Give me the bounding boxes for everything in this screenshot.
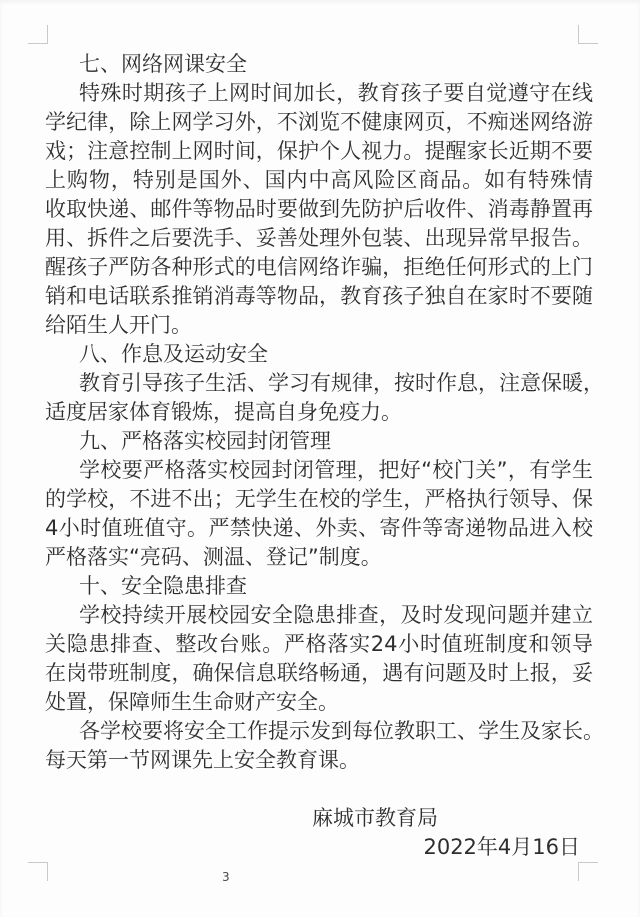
margin-corner-mark-top-right [578, 25, 598, 44]
page-number: 3 [222, 869, 230, 885]
text-line: 每天第一节网课先上安全教育课。 [45, 746, 593, 775]
text-line: 的学校，不进不出；无学生在校的学生，严格执行领导、保安2 [45, 485, 593, 514]
text-line: 特殊时期孩子上网时间加长，教育孩子要自觉遵守在线教 [45, 79, 593, 108]
text-line: 戏；注意控制上网时间，保护个人视力。提醒家长近期不要网 [45, 137, 593, 166]
text-line: 给陌生人开门。 [45, 311, 593, 340]
text-line: 收取快递、邮件等物品时要做到先防护后收件、消毒静置再使 [45, 195, 593, 224]
text-line: 在岗带班制度，确保信息联络畅通，遇有问题及时上报，妥善 [45, 659, 593, 688]
text-line: 各学校要将安全工作提示发到每位教职工、学生及家长。 [45, 717, 593, 746]
text-line: 上购物，特别是国外、国内中高风险区商品。如有特殊情况， [45, 166, 593, 195]
margin-corner-mark-bottom-right [578, 862, 598, 881]
document-page: 七、网络网课安全特殊时期孩子上网时间加长，教育孩子要自觉遵守在线教学纪律，除上网… [0, 0, 640, 917]
text-line: 4小时值班值守。严禁快递、外卖、寄件等寄递物品进入校园， [45, 514, 593, 543]
signature: 麻城市教育局 [45, 804, 593, 833]
section-heading: 九、严格落实校园封闭管理 [45, 427, 593, 456]
section-heading: 七、网络网课安全 [45, 50, 593, 79]
margin-corner-mark-top-left [28, 25, 48, 44]
text-line: 教育引导孩子生活、学习有规律，按时作息，注意保暖， [45, 369, 593, 398]
text-line: 适度居家体育锻炼，提高自身免疫力。 [45, 398, 593, 427]
text-line: 学校持续开展校园安全隐患排查，及时发现问题并建立相 [45, 601, 593, 630]
document-blocks: 七、网络网课安全特殊时期孩子上网时间加长，教育孩子要自觉遵守在线教学纪律，除上网… [45, 50, 593, 775]
text-line: 处置，保障师生生命财产安全。 [45, 688, 593, 717]
document-body-area: 七、网络网课安全特殊时期孩子上网时间加长，教育孩子要自觉遵守在线教学纪律，除上网… [45, 50, 593, 862]
text-line: 学纪律，除上网学习外，不浏览不健康网页，不痴迷网络游 [45, 108, 593, 137]
text-line: 学校要严格落实校园封闭管理，把好“校门关”，有学生在校 [45, 456, 593, 485]
text-line: 关隐患排查、整改台账。严格落实24小时值班制度和领导干部 [45, 630, 593, 659]
text-line: 用、拆件之后要洗手、妥善处理外包装、出现异常早报告。提 [45, 224, 593, 253]
text-line: 严格落实“亮码、测温、登记”制度。 [45, 543, 593, 572]
section-heading: 十、安全隐患排查 [45, 572, 593, 601]
blank-line [45, 775, 593, 804]
text-line: 醒孩子严防各种形式的电信网络诈骗，拒绝任何形式的上门推 [45, 253, 593, 282]
margin-corner-mark-bottom-left [28, 862, 48, 881]
text-line: 销和电话联系推销消毒等物品，教育孩子独自在家时不要随意 [45, 282, 593, 311]
section-heading: 八、作息及运动安全 [45, 340, 593, 369]
date: 2022年4月16日 [45, 833, 593, 862]
